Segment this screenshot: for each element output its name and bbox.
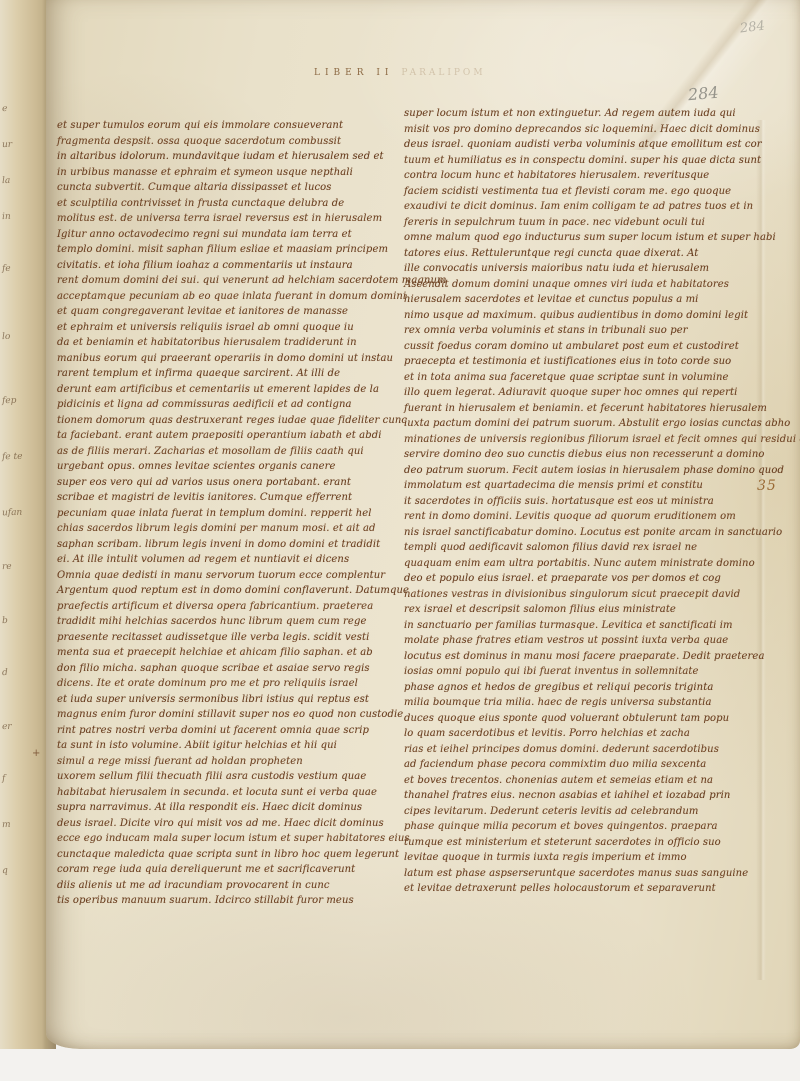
text-line: rex omnia verba voluminis et stans in tr…: [404, 323, 754, 339]
text-line: nimo usque ad maximum. quibus audientibu…: [404, 308, 754, 324]
text-line: ille convocatis universis maioribus natu…: [404, 261, 754, 277]
text-line: supra narravimus. At illa respondit eis.…: [57, 800, 401, 816]
text-line: et iuda super universis sermonibus libri…: [57, 692, 401, 708]
text-line: da et beniamin et habitatoribus hierusal…: [57, 335, 401, 351]
text-line: deo et populo eius israel. et praeparate…: [404, 571, 754, 587]
text-line: civitatis. et ioha filium ioahaz a comme…: [57, 258, 401, 274]
text-line: ta sunt in isto volumine. Abiit igitur h…: [57, 738, 401, 754]
text-line: deus israel. Dicite viro qui misit vos a…: [57, 816, 401, 832]
text-line: minationes de universis regionibus filio…: [404, 432, 754, 448]
text-line: faciem scidisti vestimenta tua et flevis…: [404, 184, 754, 200]
gutter-fragment: re: [2, 562, 12, 572]
text-line: tatores eius. Rettuleruntque regi cuncta…: [404, 246, 754, 262]
text-line: misit vos pro domino deprecandos sic loq…: [404, 122, 754, 138]
text-line: tradidit mihi helchias sacerdos hunc lib…: [57, 614, 401, 630]
text-line: chias sacerdos librum legis domini per m…: [57, 521, 401, 537]
text-line: et quam congregaverant levitae et ianito…: [57, 304, 401, 320]
text-line: pecuniam quae inlata fuerat in templum d…: [57, 506, 401, 522]
text-line: rex israel et descripsit salomon filius …: [404, 602, 754, 618]
text-line: urgebant opus. omnes levitae scientes or…: [57, 459, 401, 475]
text-line: rint patres nostri verba domini ut facer…: [57, 723, 401, 739]
text-line: acceptamque pecuniam ab eo quae inlata f…: [57, 289, 401, 305]
text-line: locutus est dominus in manu mosi facere …: [404, 649, 754, 665]
gutter-fragment: ur: [2, 140, 12, 150]
text-line: uxorem sellum filii thecuath filii asra …: [57, 769, 401, 785]
text-line: et levitae detraxerunt pelles holocausto…: [404, 881, 754, 897]
text-line: scribae et magistri de levitis ianitores…: [57, 490, 401, 506]
text-line: illo quem legerat. Adiuravit quoque supe…: [404, 385, 754, 401]
text-line: immolatum est quartadecima die mensis pr…: [404, 478, 754, 494]
gutter-fragment: fe: [2, 264, 11, 274]
text-line: cunctaque maledicta quae scripta sunt in…: [57, 847, 401, 863]
text-column-right: super locum istum et non extinguetur. Ad…: [404, 106, 754, 897]
text-line: Omnia quae dedisti in manu servorum tuor…: [57, 568, 401, 584]
gutter-fragment: er: [2, 722, 12, 732]
text-line: phase agnos et hedos de gregibus et reli…: [404, 680, 754, 696]
text-line: quaquam enim eam ultra portabitis. Nunc …: [404, 556, 754, 572]
text-line: super eos vero qui ad varios usus onera …: [57, 475, 401, 491]
text-line: omne malum quod ego inducturus sum super…: [404, 230, 754, 246]
text-line: et boves trecentos. chonenias autem et s…: [404, 773, 754, 789]
text-line: cussit foedus coram domino ut ambularet …: [404, 339, 754, 355]
text-line: et super tumulos eorum qui eis immolare …: [57, 118, 401, 134]
text-line: templi quod aedificavit salomon filius d…: [404, 540, 754, 556]
text-line: servire domino deo suo cunctis diebus ei…: [404, 447, 754, 463]
running-title-erased: PARALIPOM: [401, 68, 485, 78]
text-line: praecepta et testimonia et iustification…: [404, 354, 754, 370]
text-column-left: et super tumulos eorum qui eis immolare …: [57, 118, 401, 909]
text-line: magnus enim furor domini stillavit super…: [57, 707, 401, 723]
text-line: in urbibus manasse et ephraim et symeon …: [57, 165, 401, 181]
margin-cross-mark: +: [32, 748, 40, 759]
text-line: lo quam sacerdotibus et levitis. Porro h…: [404, 726, 754, 742]
text-line: fereris in sepulchrum tuum in pace. nec …: [404, 215, 754, 231]
text-line: dicens. Ite et orate dominum pro me et p…: [57, 676, 401, 692]
text-line: don filio micha. saphan quoque scribae e…: [57, 661, 401, 677]
text-line: rent domum domini dei sui. qui venerunt …: [57, 273, 401, 289]
text-line: iuxta pactum domini dei patrum suorum. A…: [404, 416, 754, 432]
text-line: rarent templum et infirma quaeque sarcir…: [57, 366, 401, 382]
text-line: hierusalem sacerdotes et levitae et cunc…: [404, 292, 754, 308]
text-line: manibus eorum qui praeerant operariis in…: [57, 351, 401, 367]
text-line: tis operibus manuum suarum. Idcirco stil…: [57, 893, 401, 909]
text-line: et ephraim et universis reliquiis israel…: [57, 320, 401, 336]
text-line: ad faciendum phase pecora commixtim duo …: [404, 757, 754, 773]
text-line: tionem domorum quas destruxerant reges i…: [57, 413, 401, 429]
text-line: cuncta subvertit. Cumque altaria dissipa…: [57, 180, 401, 196]
gutter-fragment: d: [2, 668, 8, 678]
text-line: iosias omni populo qui ibi fuerat invent…: [404, 664, 754, 680]
text-line: templo domini. misit saphan filium eslia…: [57, 242, 401, 258]
running-title: LIBER II PARALIPOM: [314, 68, 486, 78]
running-title-text: LIBER II: [314, 68, 393, 78]
manuscript-spread: eurlainfelofepfe teufanrebderfmq LIBER I…: [0, 0, 800, 1081]
text-line: contra locum hunc et habitatores hierusa…: [404, 168, 754, 184]
gutter-fragment: lo: [2, 332, 11, 342]
text-line: molate phase fratres etiam vestros ut po…: [404, 633, 754, 649]
text-line: praefectis artificum et diversa opera fa…: [57, 599, 401, 615]
folio-number: 284: [687, 83, 719, 105]
text-line: Ascendit domum domini unaque omnes viri …: [404, 277, 754, 293]
text-line: rent in domo domini. Levitis quoque ad q…: [404, 509, 754, 525]
gutter-fragment: fep: [2, 396, 17, 406]
text-line: nationes vestras in divisionibus singulo…: [404, 587, 754, 603]
text-line: tuum et humiliatus es in conspectu domin…: [404, 153, 754, 169]
gutter-fragment: ufan: [2, 508, 23, 519]
manuscript-page: LIBER II PARALIPOM 284 284 35 + et super…: [46, 0, 800, 1049]
text-line: super locum istum et non extinguetur. Ad…: [404, 106, 754, 122]
text-line: exaudivi te dicit dominus. Iam enim coll…: [404, 199, 754, 215]
text-line: phase quinque milia pecorum et boves qui…: [404, 819, 754, 835]
text-line: coram rege iuda quia dereliquerunt me et…: [57, 862, 401, 878]
text-line: simul a rege missi fuerant ad holdan pro…: [57, 754, 401, 770]
chapter-number-marginal: 35: [757, 478, 777, 494]
text-line: thanahel fratres eius. necnon asabias et…: [404, 788, 754, 804]
gutter-fragment: f: [2, 774, 6, 784]
parchment-fold: [756, 120, 766, 980]
gutter-fragment: in: [2, 212, 11, 222]
gutter-fragment: la: [2, 176, 11, 186]
text-line: derunt eam artificibus et cementariis ut…: [57, 382, 401, 398]
gutter-fragment: e: [2, 104, 8, 114]
text-line: fragmenta despsit. ossa quoque sacerdotu…: [57, 134, 401, 150]
text-line: milia boumque tria milia. haec de regis …: [404, 695, 754, 711]
text-line: it sacerdotes in officiis suis. hortatus…: [404, 494, 754, 510]
text-line: levitae quoque in turmis iuxta regis imp…: [404, 850, 754, 866]
text-line: ei. At ille intulit volumen ad regem et …: [57, 552, 401, 568]
text-line: duces quoque eius sponte quod voluerant …: [404, 711, 754, 727]
text-line: habitabat hierusalem in secunda. et locu…: [57, 785, 401, 801]
text-line: molitus est. de universa terra israel re…: [57, 211, 401, 227]
text-line: nis israel sanctificabatur domino. Locut…: [404, 525, 754, 541]
gutter-fragment: fe te: [2, 452, 23, 463]
text-line: saphan scribam. librum legis inveni in d…: [57, 537, 401, 553]
text-line: ta faciebant. erant autem praepositi ope…: [57, 428, 401, 444]
text-line: fuerant in hierusalem et beniamin. et fe…: [404, 401, 754, 417]
text-line: diis alienis ut me ad iracundiam provoca…: [57, 878, 401, 894]
text-line: tumque est ministerium et steterunt sace…: [404, 835, 754, 851]
text-line: et sculptilia contrivisset in frusta cun…: [57, 196, 401, 212]
text-line: in sanctuario per familias turmasque. Le…: [404, 618, 754, 634]
text-line: as de filiis merari. Zacharias et mosoll…: [57, 444, 401, 460]
text-line: rias et ieihel principes domus domini. d…: [404, 742, 754, 758]
text-line: pidicinis et ligna ad commissuras aedifi…: [57, 397, 401, 413]
text-line: ecce ego inducam mala super locum istum …: [57, 831, 401, 847]
folio-number-top-corner: 284: [739, 19, 765, 37]
gutter-fragment: m: [2, 820, 11, 830]
text-line: in altaribus idolorum. mundavitque iudam…: [57, 149, 401, 165]
gutter-fragment: q: [2, 866, 8, 876]
text-line: et in tota anima sua faceretque quae scr…: [404, 370, 754, 386]
text-line: Argentum quod reptum est in domo domini …: [57, 583, 401, 599]
text-line: Igitur anno octavodecimo regni sui munda…: [57, 227, 401, 243]
gutter-fragment: b: [2, 616, 8, 626]
text-line: latum est phase aspserseruntque sacerdot…: [404, 866, 754, 882]
text-line: praesente recitasset audissetque ille ve…: [57, 630, 401, 646]
text-line: cipes levitarum. Dederunt ceteris leviti…: [404, 804, 754, 820]
text-line: deus israel. quoniam audisti verba volum…: [404, 137, 754, 153]
text-line: deo patrum suorum. Fecit autem iosias in…: [404, 463, 754, 479]
text-line: menta sua et praecepit helchiae et ahica…: [57, 645, 401, 661]
